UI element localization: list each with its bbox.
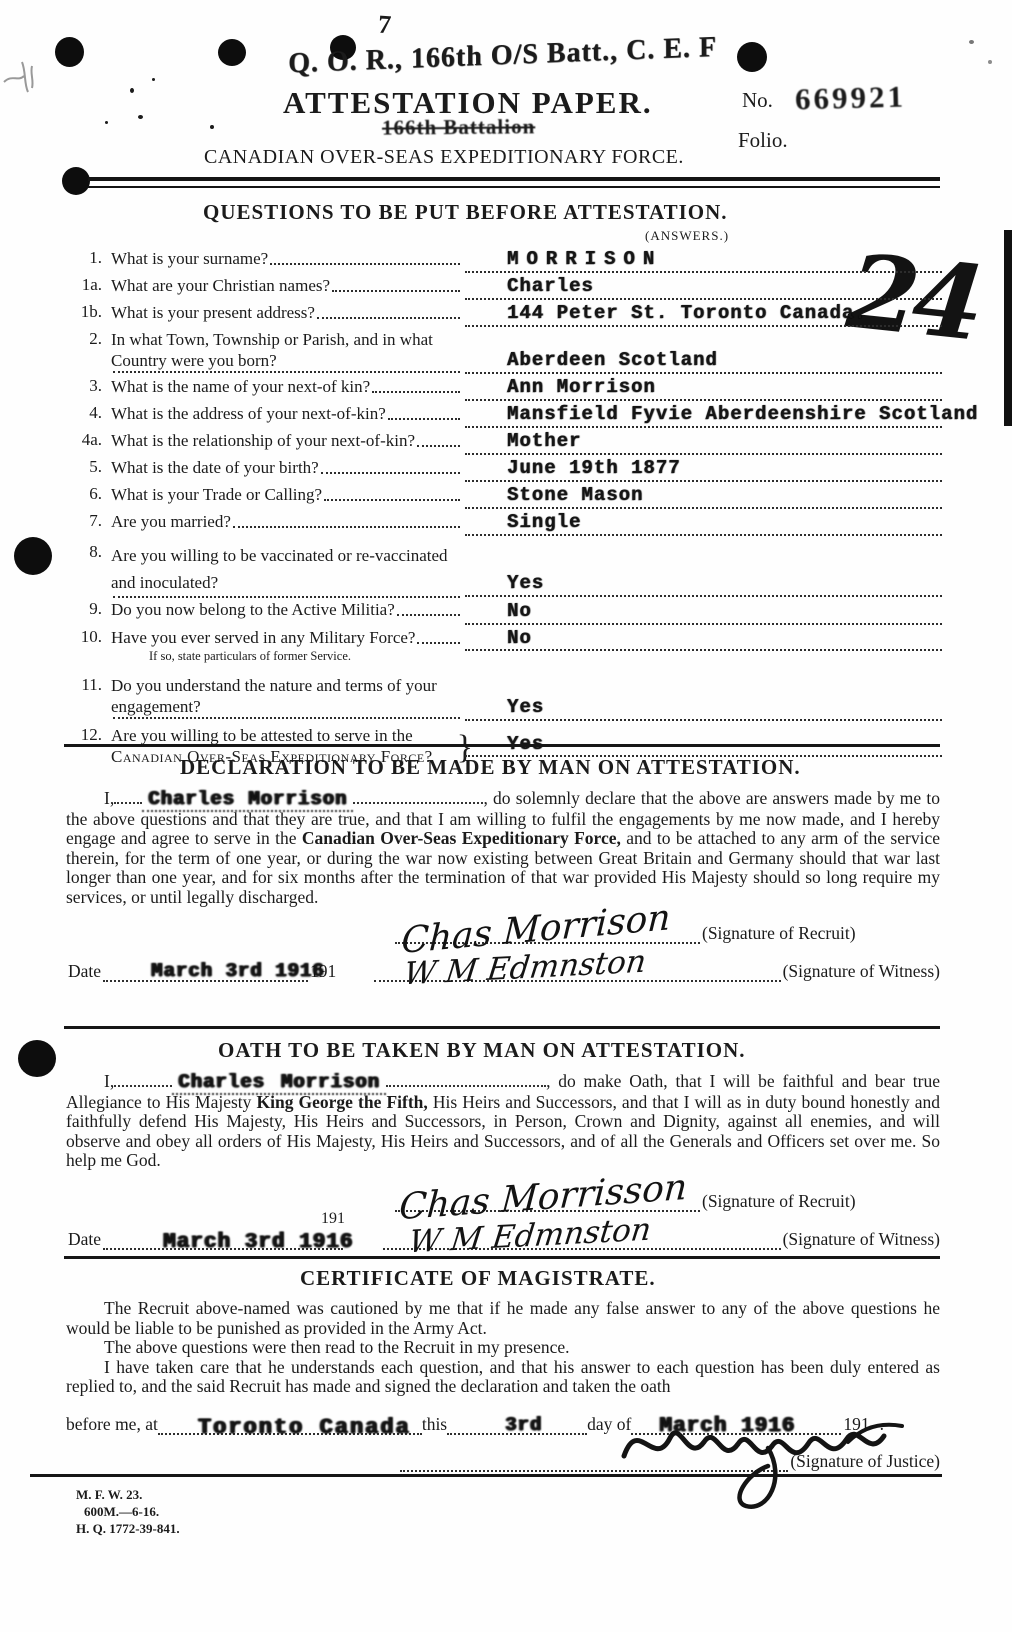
punch-hole-icon xyxy=(18,1040,56,1077)
witness-signature-label: (Signature of Witness) xyxy=(781,1229,940,1250)
question-row: 4. What is the address of your next-of-k… xyxy=(66,403,942,430)
answer-line xyxy=(465,649,942,651)
answer-value: June 19th 1877 xyxy=(507,457,681,479)
dotted-leader xyxy=(270,248,460,265)
dotted-blank xyxy=(386,1072,546,1087)
answer-line xyxy=(465,426,942,428)
dotted-leader xyxy=(388,403,460,420)
answer-value: Aberdeen Scotland xyxy=(507,349,718,371)
dotted-leader xyxy=(113,717,460,719)
battalion-stamp: 166th Battalion xyxy=(382,114,535,140)
answer-line xyxy=(465,623,942,625)
question-text: Have you ever served in any Military For… xyxy=(111,627,415,648)
answer-line xyxy=(465,480,942,482)
declaration-bold-phrase: Canadian Over-Seas Expeditionary Force, xyxy=(302,828,621,848)
witness-signature: W M Edmnston xyxy=(407,1212,653,1261)
questions-list: 1. What is your surname? MORRISON 1a. Wh… xyxy=(66,248,942,777)
date-line: March 3rd 1916 191 xyxy=(103,1224,343,1250)
recruit-signature-label: (Signature of Recruit) xyxy=(700,1191,856,1212)
question-text: Do you understand the nature and terms o… xyxy=(111,675,461,717)
justice-signature-scrawl xyxy=(618,1408,918,1518)
section-rule xyxy=(64,1026,940,1029)
answer-line xyxy=(465,325,942,327)
ink-speck xyxy=(105,121,108,124)
certificate-para1: The Recruit above-named was cautioned by… xyxy=(66,1299,940,1338)
dotted-leader xyxy=(332,275,460,292)
question-row: 11. Do you understand the nature and ter… xyxy=(66,671,942,723)
question-text: What are your Christian names? xyxy=(111,275,330,296)
certificate-para3: I have taken care that he understands ea… xyxy=(66,1358,940,1397)
declaration-heading: DECLARATION TO BE MADE BY MAN ON ATTESTA… xyxy=(180,755,801,780)
punch-hole-icon xyxy=(55,37,84,67)
question-number: 1b. xyxy=(66,302,111,329)
answer-line xyxy=(465,271,942,273)
question-number: 9. xyxy=(66,599,111,627)
question-number: 10. xyxy=(66,627,111,671)
oath-name-typed: Charles Morrison xyxy=(172,1071,386,1095)
date-witness-row: Date March 3rd 1916 191 W M Edmnston (Si… xyxy=(68,950,940,982)
oath-heading: OATH TO BE TAKEN BY MAN ON ATTESTATION. xyxy=(218,1038,746,1063)
question-number: 1. xyxy=(66,248,111,275)
question-text: What is your Trade or Calling? xyxy=(111,484,322,505)
date-typed: March 3rd 1916 xyxy=(151,960,325,982)
pencil-scribble xyxy=(2,52,54,96)
dotted-leader xyxy=(317,302,460,319)
question-number: 1a. xyxy=(66,275,111,302)
answer-line xyxy=(465,507,942,509)
question-text: What is the address of your next-of-kin? xyxy=(111,403,386,424)
question-row: 1a. What are your Christian names? Charl… xyxy=(66,275,942,302)
witness-signature-line: W M Edmnston xyxy=(374,946,780,982)
dotted-leader xyxy=(324,484,460,501)
question-row: 1b. What is your present address? 144 Pe… xyxy=(66,302,942,329)
force-subtitle: CANADIAN OVER-SEAS EXPEDITIONARY FORCE. xyxy=(204,146,684,169)
answer-value: No xyxy=(507,627,532,649)
dotted-blank xyxy=(114,1072,172,1087)
dotted-blank xyxy=(114,789,142,804)
form-footer: M. F. W. 23. 600M.—6-16. H. Q. 1772-39-8… xyxy=(76,1486,180,1537)
answer-line xyxy=(465,534,942,536)
question-number: 3. xyxy=(66,376,111,403)
question-text: Do you now belong to the Active Militia? xyxy=(111,599,395,620)
answer-line xyxy=(465,399,942,401)
answer-value: Yes xyxy=(507,696,544,718)
footer-line: H. Q. 1772-39-841. xyxy=(76,1520,180,1537)
attestation-paper-page: Q. O. R., 166th O/S Batt., C. E. F 7 ATT… xyxy=(0,0,1012,1632)
question-row: 7. Are you married? Single xyxy=(66,511,942,538)
question-text: What is the relationship of your next-of… xyxy=(111,430,415,451)
answer-value: Ann Morrison xyxy=(507,376,656,398)
section-rule xyxy=(64,1256,940,1259)
recruit-signature-row: Chas Morrisson (Signature of Recruit) xyxy=(395,1168,940,1212)
dotted-leader xyxy=(397,599,460,616)
dotted-blank xyxy=(353,789,483,804)
answer-value: Charles xyxy=(507,275,594,297)
answer-value: 144 Peter St. Toronto Canada. xyxy=(507,302,867,324)
witness-signature-label: (Signature of Witness) xyxy=(781,961,940,982)
question-text: Are you willing to be vaccinated or re-v… xyxy=(111,542,461,596)
dotted-leader xyxy=(417,627,460,644)
questions-heading: QUESTIONS TO BE PUT BEFORE ATTESTATION. xyxy=(203,200,728,225)
dotted-leader xyxy=(233,511,460,528)
footer-line: M. F. W. 23. xyxy=(76,1486,180,1503)
oath-intro: I, xyxy=(104,1071,114,1091)
certificate-heading: CERTIFICATE OF MAGISTRATE. xyxy=(300,1266,656,1291)
oath-paragraph: I,Charles Morrison, do make Oath, that I… xyxy=(66,1072,940,1171)
before-label: before me, at xyxy=(66,1414,158,1435)
date-label: Date xyxy=(68,961,103,982)
handwritten-seven: 7 xyxy=(377,10,392,41)
question-number: 2. xyxy=(66,329,111,376)
answer-value: Mansfield Fyvie Aberdeenshire Scotland xyxy=(507,403,978,425)
declaration-name-typed: Charles Morrison xyxy=(142,788,353,812)
question-row: 8. Are you willing to be vaccinated or r… xyxy=(66,538,942,599)
punch-hole-icon xyxy=(218,39,246,66)
answer-value: Stone Mason xyxy=(507,484,643,506)
question-row: 9. Do you now belong to the Active Milit… xyxy=(66,599,942,627)
dotted-leader xyxy=(113,596,460,598)
witness-signature: W M Edmnston xyxy=(402,944,648,993)
question-text: Are you married? xyxy=(111,511,231,532)
answer-line xyxy=(465,453,942,455)
place-line: Toronto Canada xyxy=(158,1409,422,1435)
question-number: 7. xyxy=(66,511,111,538)
date-witness-row: Date March 3rd 1916 191 W M Edmnston (Si… xyxy=(68,1218,940,1250)
dotted-leader xyxy=(372,376,460,393)
number-label: No. xyxy=(742,88,773,113)
answer-value: No xyxy=(507,600,532,622)
date-line: March 3rd 1916 xyxy=(103,956,308,982)
ink-speck xyxy=(152,78,155,81)
question-text: What is the name of your next-of kin? xyxy=(111,376,370,397)
certificate-paragraphs: The Recruit above-named was cautioned by… xyxy=(66,1299,940,1397)
answers-label: (ANSWERS.) xyxy=(645,228,729,244)
footer-line: 600M.—6-16. xyxy=(76,1503,180,1520)
recruit-signature-row: Chas Morrison (Signature of Recruit) xyxy=(395,900,940,944)
question-text: What is the date of your birth? xyxy=(111,457,319,478)
declaration-intro: I, xyxy=(104,788,114,808)
answer-line xyxy=(465,298,942,300)
date-label: Date xyxy=(68,1229,103,1250)
answer-line xyxy=(465,595,942,597)
question-number: 6. xyxy=(66,484,111,511)
question-row: 5. What is the date of your birth? June … xyxy=(66,457,942,484)
header-rule xyxy=(88,177,940,188)
question-number: 4. xyxy=(66,403,111,430)
ink-speck xyxy=(988,60,992,64)
question-number: 8. xyxy=(66,542,111,599)
question-number: 12. xyxy=(66,725,111,777)
date-typed: March 3rd 1916 xyxy=(163,1231,353,1254)
punch-hole-icon xyxy=(62,167,90,195)
question-row: 10. Have you ever served in any Military… xyxy=(66,627,942,671)
recruit-signature-label: (Signature of Recruit) xyxy=(700,923,856,944)
question-row: 6. What is your Trade or Calling? Stone … xyxy=(66,484,942,511)
declaration-paragraph: I,Charles Morrison, do solemnly declare … xyxy=(66,789,940,907)
question-number: 5. xyxy=(66,457,111,484)
punch-hole-icon xyxy=(737,42,767,72)
witness-signature-line: W M Edmnston xyxy=(383,1214,781,1250)
dotted-leader xyxy=(113,371,460,373)
answer-value: MORRISON xyxy=(507,248,662,270)
ink-speck xyxy=(969,40,974,44)
punch-hole-icon xyxy=(14,537,52,575)
place-typed: Toronto Canada xyxy=(198,1415,411,1440)
ink-speck xyxy=(210,125,214,129)
folio-label: Folio. xyxy=(738,128,788,153)
question-number: 4a. xyxy=(66,430,111,457)
ink-speck xyxy=(130,88,134,93)
question-row: 3. What is the name of your next-of kin?… xyxy=(66,376,942,403)
question-number: 11. xyxy=(66,675,111,723)
answer-value: Mother xyxy=(507,430,581,452)
answer-line xyxy=(465,372,942,374)
question-subnote: If so, state particulars of former Servi… xyxy=(111,646,461,667)
question-text: In what Town, Township or Parish, and in… xyxy=(111,329,461,371)
scan-edge-artifact xyxy=(1004,230,1012,426)
question-text: Are you willing to be attested to serve … xyxy=(111,725,413,746)
signature-line: Chas Morrison xyxy=(395,902,700,944)
certificate-para2: The above questions were then read to th… xyxy=(66,1338,940,1358)
year-printed: 191 xyxy=(321,1210,345,1228)
section-rule xyxy=(64,744,940,747)
answer-value: Yes xyxy=(507,572,544,594)
question-row: 1. What is your surname? MORRISON xyxy=(66,248,942,275)
question-row: 2. In what Town, Township or Parish, and… xyxy=(66,329,942,376)
question-row: 4a. What is the relationship of your nex… xyxy=(66,430,942,457)
answer-value: Single xyxy=(507,511,581,533)
dotted-leader xyxy=(321,457,460,474)
answer-line xyxy=(465,719,942,721)
question-text: What is your surname? xyxy=(111,248,268,269)
number-stamp: 669921 xyxy=(795,79,907,118)
question-text: What is your present address? xyxy=(111,302,315,323)
dotted-leader xyxy=(417,430,460,447)
signature-line: Chas Morrisson xyxy=(395,1170,700,1212)
ink-speck xyxy=(138,115,143,119)
section-rule xyxy=(30,1474,942,1477)
